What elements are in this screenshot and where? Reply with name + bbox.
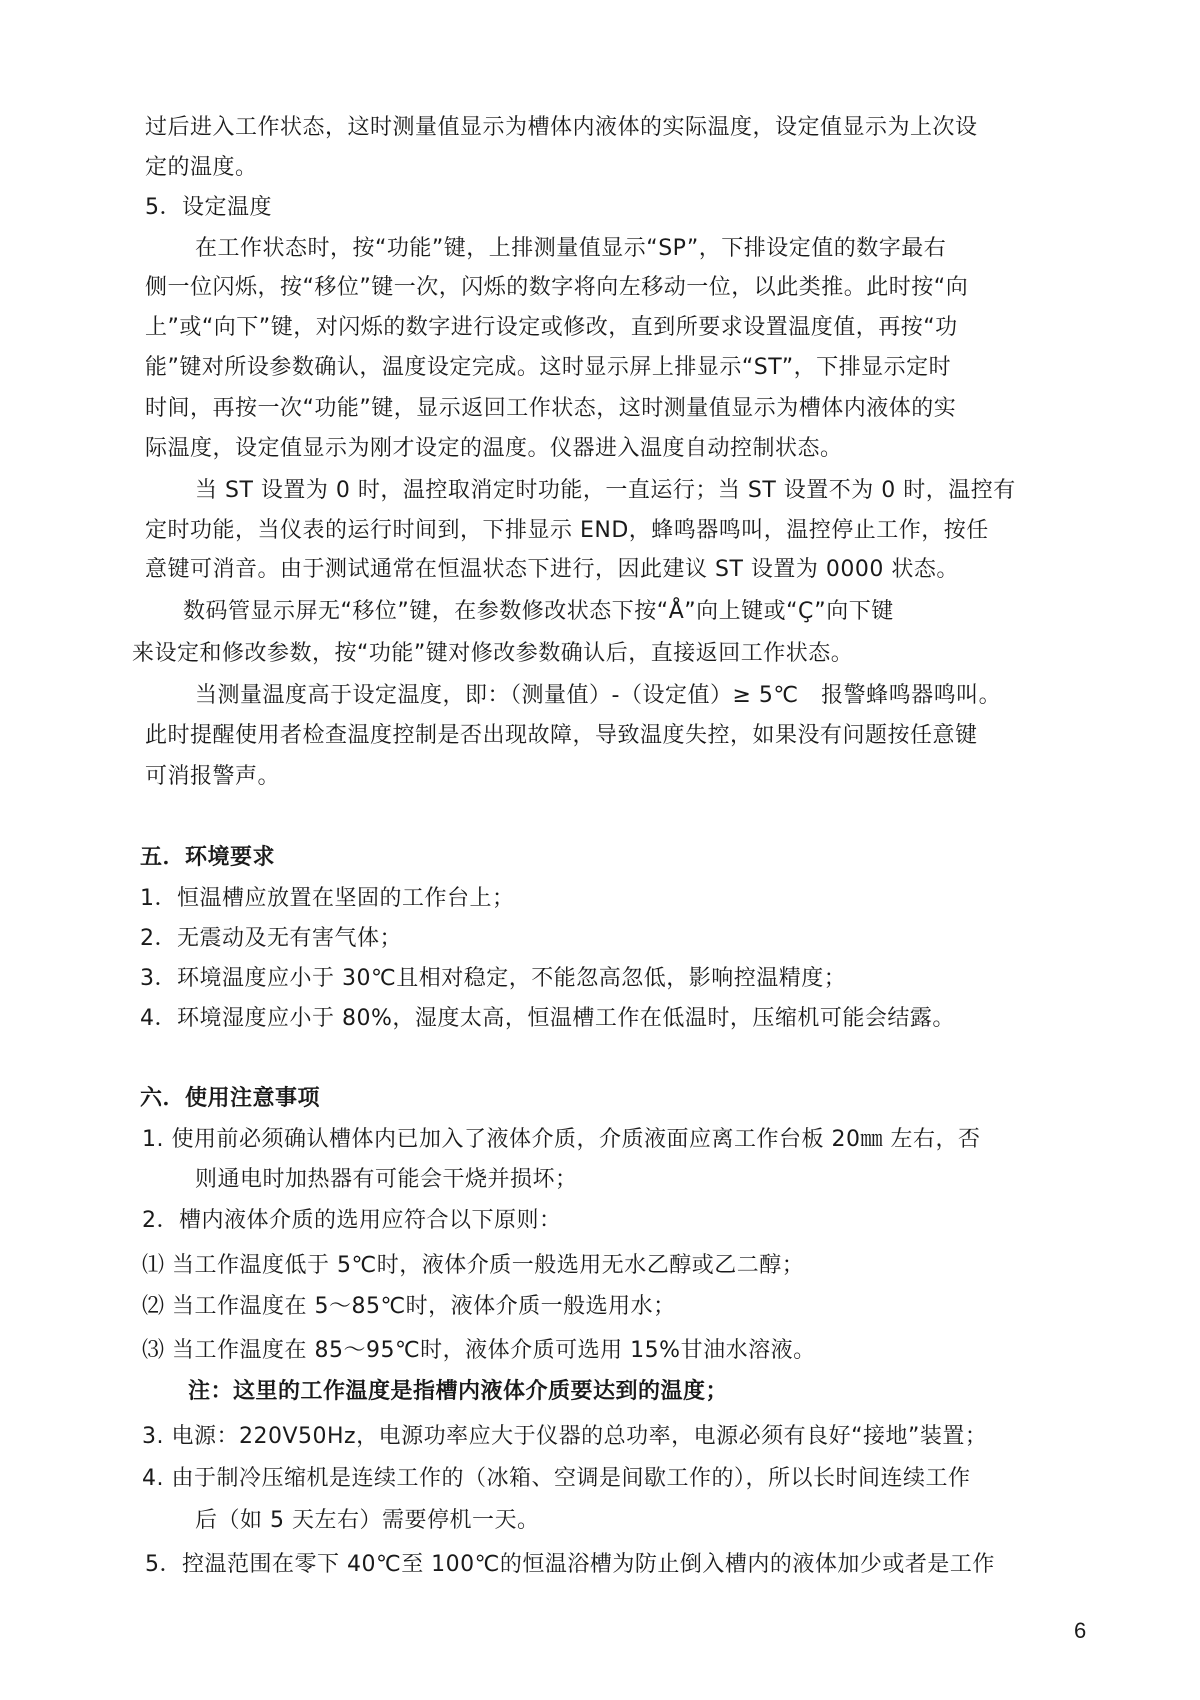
text-line: 上”或“向下”键，对闪烁的数字进行设定或修改，直到所要求设置温度值，再按“功 <box>145 313 958 343</box>
text-line: 数码管显示屏无“移位”键，在参数修改状态下按“Å”向上键或“Ç”向下键 <box>183 597 894 627</box>
text-line: 则通电时加热器有可能会干烧并损坏； <box>195 1165 578 1195</box>
text-line: 2．无震动及无有害气体； <box>140 924 402 954</box>
text-line: 3．环境温度应小于 30℃且相对稳定，不能忽高忽低，影响控温精度； <box>140 964 846 994</box>
text-line: ⑴ 当工作温度低于 5℃时，液体介质一般选用无水乙醇或乙二醇； <box>142 1251 804 1281</box>
section-heading: 五．环境要求 <box>140 843 275 873</box>
text-line: 4. 由于制冷压缩机是连续工作的（冰箱、空调是间歇工作的），所以长时间连续工作 <box>142 1464 971 1494</box>
text-line: 1. 使用前必须确认槽体内已加入了液体介质，介质液面应离工作台板 20㎜ 左右，… <box>142 1125 980 1155</box>
text-line: 意键可消音。由于测试通常在恒温状态下进行，因此建议 ST 设置为 0000 状态… <box>145 555 959 585</box>
text-line: 5．设定温度 <box>145 193 272 223</box>
text-line: 当测量温度高于设定温度，即：（测量值）-（设定值）≥ 5℃ 报警蜂鸣器鸣叫。 <box>195 681 1001 711</box>
text-line: 后（如 5 天左右）需要停机一天。 <box>195 1506 540 1536</box>
text-line: ⑶ 当工作温度在 85～95℃时，液体介质可选用 15%甘油水溶液。 <box>142 1336 816 1366</box>
text-line: 能”键对所设参数确认，温度设定完成。这时显示屏上排显示“ST”，下排显示定时 <box>145 353 951 383</box>
text-line: 可消报警声。 <box>145 762 280 792</box>
section-heading: 六．使用注意事项 <box>140 1084 320 1114</box>
text-line: 3. 电源：220V50Hz，电源功率应大于仪器的总功率，电源必须有良好“接地”… <box>142 1422 987 1452</box>
text-line: 此时提醒使用者检查温度控制是否出现故障，导致温度失控，如果没有问题按任意键 <box>145 721 978 751</box>
text-line: 定时功能，当仪表的运行时间到，下排显示 END，蜂鸣器鸣叫，温控停止工作，按任 <box>145 516 989 546</box>
text-line: 时间，再按一次“功能”键，显示返回工作状态，这时测量值显示为槽体内液体的实 <box>145 394 956 424</box>
text-line: 定的温度。 <box>145 153 258 183</box>
text-line: 当 ST 设置为 0 时，温控取消定时功能，一直运行；当 ST 设置不为 0 时… <box>195 476 1016 506</box>
section-heading: 注：这里的工作温度是指槽内液体介质要达到的温度； <box>188 1377 728 1407</box>
text-line: ⑵ 当工作温度在 5～85℃时，液体介质一般选用水； <box>142 1292 676 1322</box>
text-line: 过后进入工作状态，这时测量值显示为槽体内液体的实际温度，设定值显示为上次设 <box>145 113 978 143</box>
text-line: 2．槽内液体介质的选用应符合以下原则： <box>142 1206 562 1236</box>
page-number: 6 <box>1074 1618 1086 1644</box>
text-line: 1．恒温槽应放置在坚固的工作台上； <box>140 884 515 914</box>
text-line: 4．环境湿度应小于 80%，湿度太高，恒温槽工作在低温时，压缩机可能会结露。 <box>140 1004 955 1034</box>
text-line: 际温度，设定值显示为刚才设定的温度。仪器进入温度自动控制状态。 <box>145 434 843 464</box>
text-line: 在工作状态时，按“功能”键，上排测量值显示“SP”，下排设定值的数字最右 <box>195 234 946 264</box>
text-line: 5．控温范围在零下 40℃至 100℃的恒温浴槽为防止倒入槽内的液体加少或者是工… <box>145 1550 995 1580</box>
text-line: 来设定和修改参数，按“功能”键对修改参数确认后，直接返回工作状态。 <box>132 639 853 669</box>
text-line: 侧一位闪烁，按“移位”键一次，闪烁的数字将向左移动一位，以此类推。此时按“向 <box>145 273 968 303</box>
